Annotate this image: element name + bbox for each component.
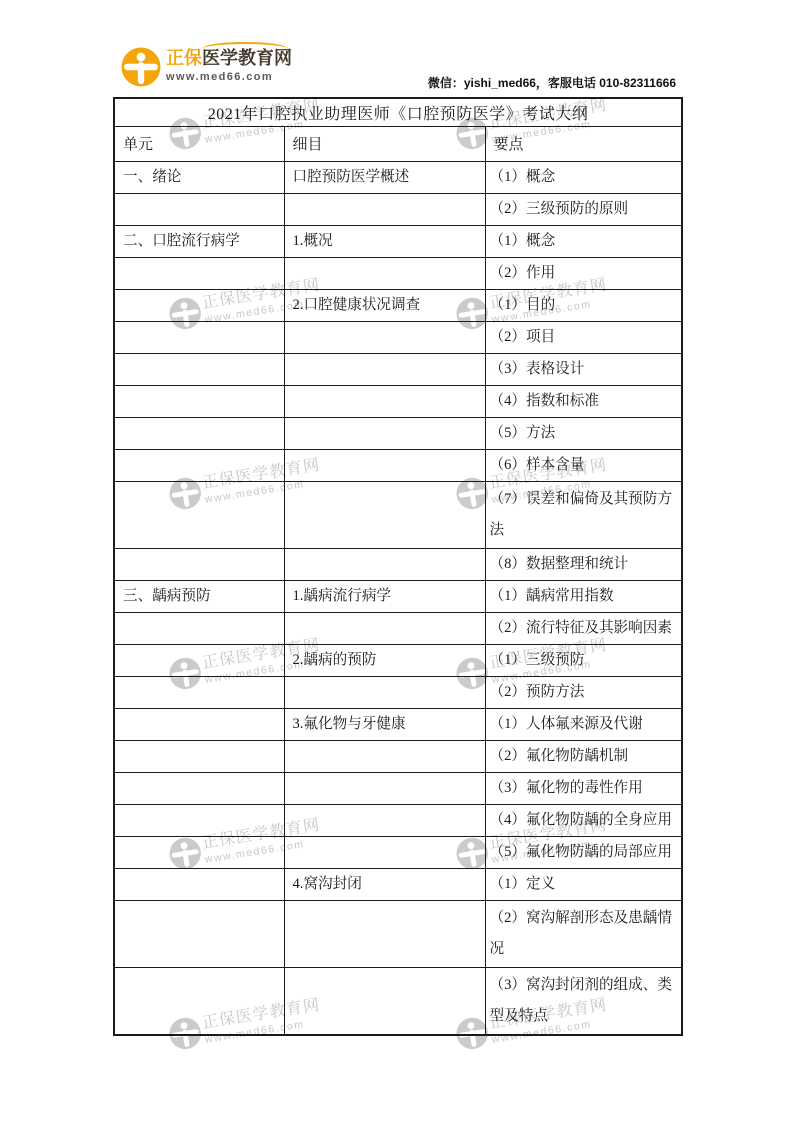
- cell-point: （2）三级预防的原则: [485, 193, 682, 225]
- cell-point: （5）方法: [485, 417, 682, 449]
- cell-item: [284, 257, 485, 289]
- cell-point: （2）窝沟解剖形态及患龋情况: [485, 900, 682, 967]
- brand-name-primary: 正保: [166, 48, 202, 68]
- cell-unit: [114, 481, 284, 548]
- table-row: （2）窝沟解剖形态及患龋情况: [114, 900, 682, 967]
- cell-unit: [114, 804, 284, 836]
- cell-point: （2）氟化物防龋机制: [485, 740, 682, 772]
- col-header-point: 要点: [485, 126, 682, 161]
- syllabus-table-body: 一、绪论 口腔预防医学概述 （1）概念 （2）三级预防的原则 二、口腔流行病学 …: [114, 161, 682, 1035]
- table-row: （2）项目: [114, 321, 682, 353]
- table-row: （2）作用: [114, 257, 682, 289]
- cell-point: （3）表格设计: [485, 353, 682, 385]
- cell-unit: [114, 289, 284, 321]
- col-header-item: 细目: [284, 126, 485, 161]
- cell-point: （2）项目: [485, 321, 682, 353]
- table-row: 三、龋病预防 1.龋病流行病学 （1）龋病常用指数: [114, 580, 682, 612]
- table-row: （2）预防方法: [114, 676, 682, 708]
- cell-unit: [114, 644, 284, 676]
- cell-unit: [114, 321, 284, 353]
- cell-unit: [114, 740, 284, 772]
- table-row: 2.口腔健康状况调查 （1）目的: [114, 289, 682, 321]
- contact-info: 微信：yishi_med66，客服电话 010-82311666: [428, 74, 676, 91]
- cell-point: （6）样本含量: [485, 449, 682, 481]
- table-header-row: 单元 细目 要点: [114, 126, 682, 161]
- syllabus-table: 2021年口腔执业助理医师《口腔预防医学》考试大纲 单元 细目 要点 一、绪论 …: [113, 97, 683, 1036]
- cell-unit: [114, 900, 284, 967]
- cell-item: [284, 548, 485, 580]
- brand-logo-icon: [121, 47, 161, 92]
- table-row: （5）方法: [114, 417, 682, 449]
- col-header-unit: 单元: [114, 126, 284, 161]
- brand-website: www.med66.com: [166, 71, 292, 83]
- cell-unit: [114, 836, 284, 868]
- cell-item: [284, 353, 485, 385]
- cell-point: （7）误差和偏倚及其预防方法: [485, 481, 682, 548]
- cell-unit: 一、绪论: [114, 161, 284, 193]
- cell-unit: [114, 417, 284, 449]
- cell-point: （1）概念: [485, 161, 682, 193]
- table-row: （5）氟化物防龋的局部应用: [114, 836, 682, 868]
- cell-item: [284, 193, 485, 225]
- cell-unit: [114, 868, 284, 900]
- cell-unit: 三、龋病预防: [114, 580, 284, 612]
- cell-unit: [114, 967, 284, 1035]
- table-title-row: 2021年口腔执业助理医师《口腔预防医学》考试大纲: [114, 98, 682, 126]
- cell-item: [284, 449, 485, 481]
- cell-point: （4）指数和标准: [485, 385, 682, 417]
- cell-item: [284, 481, 485, 548]
- table-row: （3）氟化物的毒性作用: [114, 772, 682, 804]
- table-row: 二、口腔流行病学 1.概况 （1）概念: [114, 225, 682, 257]
- cell-unit: [114, 353, 284, 385]
- cell-point: （1）定义: [485, 868, 682, 900]
- cell-point: （1）概念: [485, 225, 682, 257]
- table-title: 2021年口腔执业助理医师《口腔预防医学》考试大纲: [114, 98, 682, 126]
- cell-point: （3）窝沟封闭剂的组成、类型及特点: [485, 967, 682, 1035]
- cell-unit: [114, 612, 284, 644]
- cell-unit: [114, 449, 284, 481]
- cell-item: 2.口腔健康状况调查: [284, 289, 485, 321]
- cell-unit: [114, 772, 284, 804]
- table-row: （4）氟化物防龋的全身应用: [114, 804, 682, 836]
- cell-point: （8）数据整理和统计: [485, 548, 682, 580]
- cell-point: （5）氟化物防龋的局部应用: [485, 836, 682, 868]
- cell-unit: [114, 708, 284, 740]
- table-row: （8）数据整理和统计: [114, 548, 682, 580]
- cell-unit: 二、口腔流行病学: [114, 225, 284, 257]
- cell-item: [284, 740, 485, 772]
- cell-item: [284, 321, 485, 353]
- cell-unit: [114, 257, 284, 289]
- cell-item: [284, 900, 485, 967]
- table-row: （3）表格设计: [114, 353, 682, 385]
- cell-item: [284, 836, 485, 868]
- table-row: 3.氟化物与牙健康 （1）人体氟来源及代谢: [114, 708, 682, 740]
- cell-item: [284, 676, 485, 708]
- table-row: （6）样本含量: [114, 449, 682, 481]
- cell-item: [284, 772, 485, 804]
- cell-point: （1）人体氟来源及代谢: [485, 708, 682, 740]
- cell-item: 2.龋病的预防: [284, 644, 485, 676]
- table-row: （2）氟化物防龋机制: [114, 740, 682, 772]
- cell-item: [284, 967, 485, 1035]
- brand-arc-decoration: [202, 42, 288, 56]
- cell-point: （1）龋病常用指数: [485, 580, 682, 612]
- cell-item: 4.窝沟封闭: [284, 868, 485, 900]
- table-row: （2）流行特征及其影响因素: [114, 612, 682, 644]
- cell-item: 1.概况: [284, 225, 485, 257]
- cell-point: （1）三级预防: [485, 644, 682, 676]
- cell-unit: [114, 193, 284, 225]
- cell-point: （2）预防方法: [485, 676, 682, 708]
- table-row: （4）指数和标准: [114, 385, 682, 417]
- document-page: 正保医学教育网 www.med66.com 正保医学教育网 www.med66.…: [0, 0, 793, 1122]
- cell-item: 口腔预防医学概述: [284, 161, 485, 193]
- brand-logo: 正保医学教育网 www.med66.com: [121, 47, 292, 92]
- table-row: 4.窝沟封闭 （1）定义: [114, 868, 682, 900]
- cell-item: [284, 417, 485, 449]
- cell-point: （3）氟化物的毒性作用: [485, 772, 682, 804]
- cell-point: （4）氟化物防龋的全身应用: [485, 804, 682, 836]
- cell-unit: [114, 548, 284, 580]
- table-row: 2.龋病的预防 （1）三级预防: [114, 644, 682, 676]
- cell-point: （2）流行特征及其影响因素: [485, 612, 682, 644]
- cell-item: [284, 385, 485, 417]
- cell-item: [284, 612, 485, 644]
- table-row: 一、绪论 口腔预防医学概述 （1）概念: [114, 161, 682, 193]
- cell-point: （1）目的: [485, 289, 682, 321]
- cell-item: [284, 804, 485, 836]
- table-row: （7）误差和偏倚及其预防方法: [114, 481, 682, 548]
- cell-unit: [114, 676, 284, 708]
- table-row: （2）三级预防的原则: [114, 193, 682, 225]
- cell-item: 3.氟化物与牙健康: [284, 708, 485, 740]
- cell-point: （2）作用: [485, 257, 682, 289]
- cell-unit: [114, 385, 284, 417]
- cell-item: 1.龋病流行病学: [284, 580, 485, 612]
- table-row: （3）窝沟封闭剂的组成、类型及特点: [114, 967, 682, 1035]
